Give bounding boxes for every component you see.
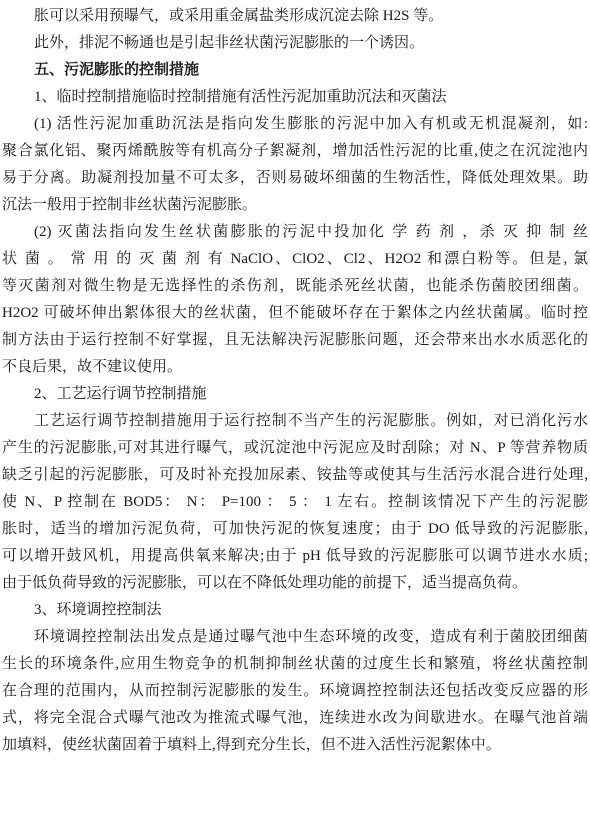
subsection-1-line: 1、临时控制措施临时控制措施有活性污泥加重助沉法和灭菌法 — [2, 84, 588, 111]
subsection-2-line: 工艺运行调节控制措施用于运行控制不当产生的污泥膨胀。例如，对已消化污水 — [2, 408, 588, 435]
item-1-line: 易于分离。助凝剂投加量不可太多，否则易破坏细菌的生物活性，降低处理效果。助 — [2, 165, 588, 192]
item-2-line: (2) 灭菌法指向发生丝状菌膨胀的污泥中投加化 学 药 剂 ，杀 灭 抑 制 丝 — [2, 219, 588, 246]
item-1-line: (1) 活性污泥加重助沉法是指向发生膨胀的污泥中加入有机或无机混凝剂，如: — [2, 111, 588, 138]
subsection-2-line: 使 N、P 控制在 BOD5： N： P=100 ： 5 ： 1 左右。控制该情… — [2, 489, 588, 516]
subsection-2-line: 产生的污泥膨胀,可对其进行曝气，或沉淀池中污泥应及时刮除；对 N、P 等营养物质 — [2, 435, 588, 462]
subsection-2-line: 可以增开鼓风机，用提高供氧来解决;由于 pH 低导致的污泥膨胀可以调节进水水质; — [2, 543, 588, 570]
subsection-3-line: 在合理的范围内，从而控制污泥膨胀的发生。环境调控控制法还包括改变反应器的形 — [2, 678, 588, 705]
paragraph-line: 此外，排泥不畅通也是引起非丝状菌污泥膨胀的一个诱因。 — [2, 30, 588, 57]
document-page: 胀可以采用预曝气，或采用重金属盐类形成沉淀去除 H2S 等。 此外，排泥不畅通也… — [0, 0, 590, 827]
section-heading-5: 五、污泥膨胀的控制措施 — [2, 57, 588, 84]
subsection-3-line: 加填料，使丝状菌固着于填料上,得到充分生长，但不进入活性污泥絮体中。 — [2, 732, 588, 759]
item-2-line: 状 菌 。 常 用 的 灭 菌 剂 有 NaClO、ClO2、Cl2、H2O2 … — [2, 246, 588, 273]
subsection-3-line: 环境调控控制法出发点是通过曝气池中生态环境的改变，造成有利于菌胶团细菌 — [2, 624, 588, 651]
subsection-3-line: 式，将完全混合式曝气池改为推流式曝气池，连续进水改为间歇进水。在曝气池首端 — [2, 705, 588, 732]
subsection-2-line: 胀时，适当的增加污泥负荷，可加快污泥的恢复速度；由于 DO 低导致的污泥膨胀, — [2, 516, 588, 543]
subsection-2-line: 由于低负荷导致的污泥膨胀，可以在不降低处理功能的前提下，适当提高负荷。 — [2, 570, 588, 597]
subsection-2-line: 缺乏引起的污泥膨胀，可及时补充投加尿素、铵盐等或使其与生活污水混合进行处理, — [2, 462, 588, 489]
item-1-line: 沉法一般用于控制非丝状菌污泥膨胀。 — [2, 192, 588, 219]
subsection-3-heading: 3、环境调控控制法 — [2, 597, 588, 624]
item-2-line: 不良后果，故不建议使用。 — [2, 354, 588, 381]
item-2-line: 等灭菌剂对微生物是无选择性的杀伤剂，既能杀死丝状菌，也能杀伤菌胶团细菌。 — [2, 273, 588, 300]
paragraph-line: 胀可以采用预曝气，或采用重金属盐类形成沉淀去除 H2S 等。 — [2, 3, 588, 30]
subsection-3-line: 生长的环境条件,应用生物竞争的机制抑制丝状菌的过度生长和繁殖，将丝状菌控制 — [2, 651, 588, 678]
item-2-line: H2O2 可破坏伸出絮体很大的丝状菌，但不能破坏存在于絮体之内丝状菌属。临时控 — [2, 300, 588, 327]
subsection-2-heading: 2、工艺运行调节控制措施 — [2, 381, 588, 408]
item-1-line: 聚合氯化铝、聚丙烯酰胺等有机高分子絮凝剂，增加活性污泥的比重,使之在沉淀池内 — [2, 138, 588, 165]
item-2-line: 制方法由于运行控制不好掌握，且无法解决污泥膨胀问题，还会带来出水水质恶化的 — [2, 327, 588, 354]
